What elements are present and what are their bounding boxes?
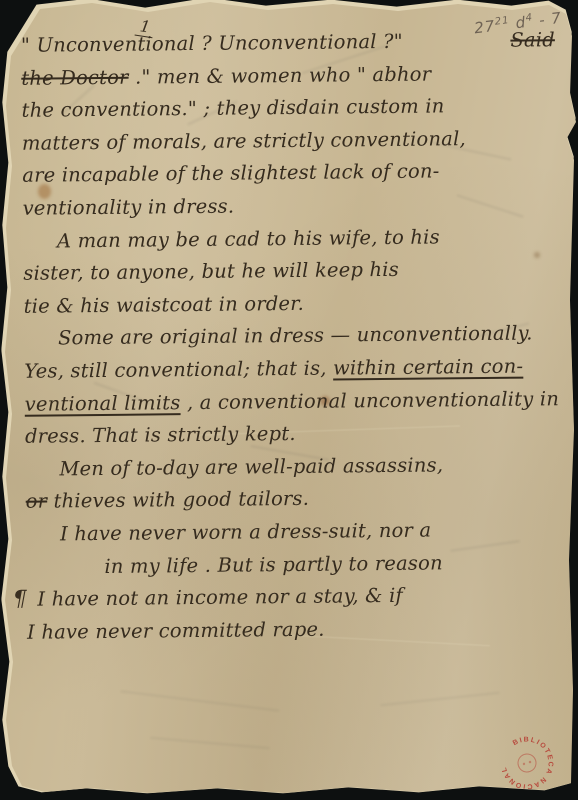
shelfmark-superscript: 4 <box>525 12 534 24</box>
underlined-text: within certain con- <box>333 355 523 380</box>
handwritten-text: dress. That is strictly kept. <box>25 422 296 448</box>
manuscript-line: ventional limits , a conventional unconv… <box>25 383 559 421</box>
stamp-inner-circle <box>514 750 539 775</box>
handwritten-text: tie & his waistcoat in order. <box>24 292 305 318</box>
show-through-mark <box>150 737 270 749</box>
handwritten-text: Men of to-day are well-paid assassins, <box>59 453 443 480</box>
handwritten-text: " Unconventional ? Unconventional ?" <box>21 26 403 63</box>
manuscript-text: " Unconventional ? Unconventional ?"Said… <box>21 24 561 649</box>
handwritten-text: thieves with good tailors. <box>47 487 309 513</box>
manuscript-line: Yes, still conventional; that is, within… <box>24 350 558 388</box>
underlined-text: ventional limits <box>25 391 181 416</box>
manuscript-line: I have never committed rape. <box>27 611 561 649</box>
handwritten-text: ." men & women who " abhor <box>128 62 431 88</box>
show-through-mark <box>380 692 500 707</box>
struck-out-text: the Doctor <box>21 65 129 89</box>
handwritten-text: Yes, still conventional; that is, <box>24 356 333 382</box>
handwritten-text: , a conventional unconventionality in <box>180 387 559 414</box>
handwritten-text: I have never worn a dress-suit, nor a <box>60 518 431 545</box>
handwritten-text: I have never committed rape. <box>27 617 325 643</box>
paper-sheet: 2721 d4 - 7 1 " Unconventional ? Unconve… <box>0 0 578 800</box>
stamp-text: BIBLIOTECA NACIONAL <box>490 726 565 800</box>
struck-out-text: or <box>26 490 48 513</box>
handwritten-text: the conventions." ; they disdain custom … <box>21 95 444 122</box>
handwritten-text: I have not an income nor a stay, & if <box>31 584 403 611</box>
paragraph-mark: ¶ <box>13 587 27 612</box>
handwritten-text: in my life . But is partly to reason <box>104 551 443 578</box>
handwritten-text: are incapable of the slightest lack of c… <box>22 160 439 187</box>
handwritten-text: sister, to anyone, but he will keep his <box>23 258 399 285</box>
manuscript-line: Some are original in dress — unconventio… <box>24 318 558 356</box>
handwritten-text: ventionality in dress. <box>23 195 235 220</box>
handwritten-text: A man may be a cad to his wife, to his <box>57 225 440 252</box>
show-through-mark <box>120 690 279 711</box>
handwritten-text: matters of morals, are strictly conventi… <box>22 127 466 155</box>
svg-text:BIBLIOTECA NACIONAL: BIBLIOTECA NACIONAL <box>490 726 565 800</box>
library-stamp: BIBLIOTECA NACIONAL <box>485 721 569 800</box>
handwritten-text: Some are original in dress — unconventio… <box>58 322 533 350</box>
scanned-manuscript-page: 2721 d4 - 7 1 " Unconventional ? Unconve… <box>0 0 578 800</box>
struck-out-text: Said <box>510 24 555 57</box>
